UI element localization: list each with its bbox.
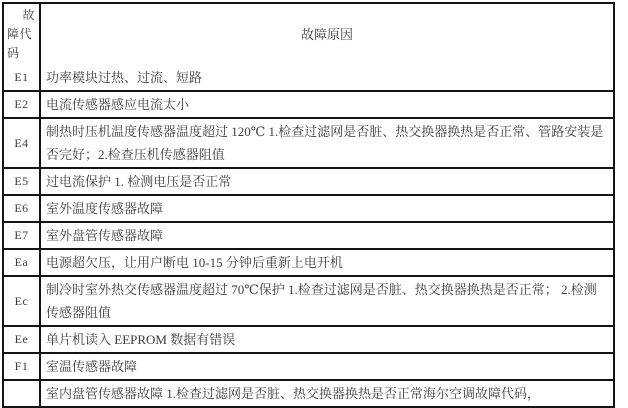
- fault-code-cell: Ee: [4, 327, 41, 352]
- fault-reason-cell: 功率模块过热、过流、短路: [41, 65, 613, 90]
- table-row: E1 功率模块过热、过流、短路: [4, 65, 613, 90]
- fault-reason-cell: 室外盘管传感器故障: [41, 223, 613, 248]
- fault-reason-cell: 室外温度传感器故障: [41, 196, 613, 221]
- table-header-row: 故 障代码 故障原因: [4, 4, 613, 65]
- fault-reason-cell: 电源超欠压，让用户断电 10-15 分钟后重新上电开机: [41, 250, 613, 275]
- fault-code-cell: E2: [4, 92, 41, 117]
- header-fault-code-line2: 障代码: [6, 25, 37, 63]
- header-fault-reason: 故障原因: [41, 4, 613, 65]
- table-row: Ec 制冷时室外热交传感器温度超过 70℃保护 1.检查过滤网是否脏、热交换器换…: [4, 275, 613, 325]
- header-fault-code-line1: 故: [6, 6, 37, 25]
- fault-code-cell: F1: [4, 354, 41, 376]
- fault-reason-cell: 单片机读入 EEPROM 数据有错误: [41, 327, 613, 352]
- table-row: F1 室温传感器故障: [4, 352, 613, 376]
- fault-code-cell: Ec: [4, 277, 41, 325]
- fault-reason-cell: 电流传感器感应电流太小: [41, 92, 613, 117]
- header-fault-code: 故 障代码: [4, 4, 41, 65]
- table-row: Ee 单片机读入 EEPROM 数据有错误: [4, 325, 613, 352]
- fault-code-cell: E5: [4, 169, 41, 194]
- table-row: E7 室外盘管传感器故障: [4, 221, 613, 248]
- fault-code-table: 故 障代码 故障原因 E1 功率模块过热、过流、短路 E2 电流传感器感应电流太…: [2, 2, 615, 376]
- fault-code-cell: E4: [4, 119, 41, 167]
- table-row: E2 电流传感器感应电流太小: [4, 90, 613, 117]
- fault-reason-cell: 过电流保护 1. 检测电压是否正常: [41, 169, 613, 194]
- fault-table-body: E1 功率模块过热、过流、短路 E2 电流传感器感应电流太小 E4 制热时压机温…: [4, 65, 613, 376]
- fault-code-cell: Ea: [4, 250, 41, 275]
- table-row: E4 制热时压机温度传感器温度超过 120℃ 1.检查过滤网是否脏、热交换器换热…: [4, 117, 613, 167]
- fault-code-cell: E7: [4, 223, 41, 248]
- fault-code-cell: E1: [4, 65, 41, 90]
- table-row: E5 过电流保护 1. 检测电压是否正常: [4, 167, 613, 194]
- table-row: E6 室外温度传感器故障: [4, 194, 613, 221]
- fault-reason-cell: 室温传感器故障: [41, 354, 613, 376]
- fault-code-cell: E6: [4, 196, 41, 221]
- document-page: { "document": { "table": { "header": { "…: [0, 0, 628, 376]
- fault-reason-cell: 制热时压机温度传感器温度超过 120℃ 1.检查过滤网是否脏、热交换器换热是否正…: [41, 119, 613, 167]
- table-row: Ea 电源超欠压，让用户断电 10-15 分钟后重新上电开机: [4, 248, 613, 275]
- fault-reason-cell: 制冷时室外热交传感器温度超过 70℃保护 1.检查过滤网是否脏、热交换器换热是否…: [41, 277, 613, 325]
